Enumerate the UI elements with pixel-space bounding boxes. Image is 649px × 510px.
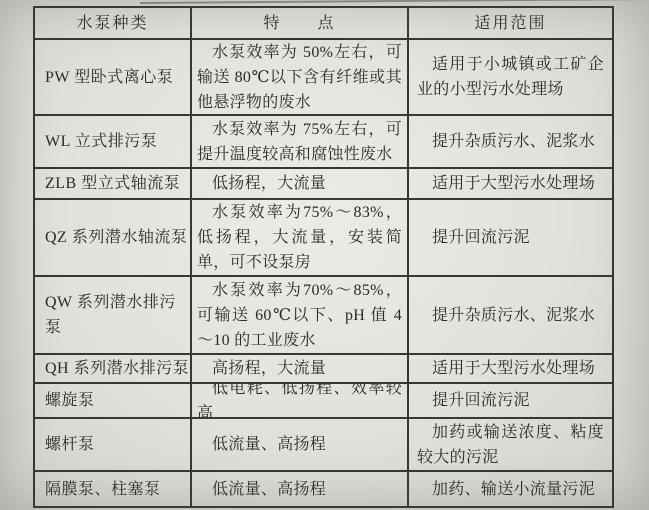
pump-type-cell: 螺杆泵: [35, 432, 190, 457]
header-pump-type-label: 水泵种类: [35, 11, 190, 36]
table-row-diaphragm-type: 隔膜泵、柱塞泵: [35, 472, 192, 506]
table-row-screw-range: 加药或输送浓度、粘度较大的污泥: [409, 419, 612, 472]
range-cell: 适用于小城镇或工矿企业的小型污水处理场: [409, 52, 612, 102]
table-row-qh-type: QH 系列潜水排污泵: [35, 355, 192, 384]
features-cell: 低流量、高扬程: [192, 477, 407, 502]
pump-type-cell: 隔膜泵、柱塞泵: [35, 477, 190, 502]
range-cell: 适用于大型污水处理场: [409, 356, 612, 381]
pump-type-cell: QZ 系列潜水轴流泵: [35, 225, 190, 250]
header-features-label: 特 点: [192, 11, 407, 36]
features-cell: 水泵效率为 75%左右，可提升温度较高和腐蚀性废水: [192, 117, 407, 167]
table-row-zlb-type: ZLB 型立式轴流泵: [35, 169, 192, 200]
features-cell: 低电耗、低扬程、效率较高: [192, 384, 407, 419]
table-row-spiral-features: 低电耗、低扬程、效率较高: [192, 384, 409, 419]
range-cell: 提升杂质污水、泥浆水: [409, 303, 612, 328]
header-pump-type: 水泵种类: [35, 8, 192, 40]
table-row-qh-features: 高扬程，大流量: [192, 355, 409, 384]
table-row-qw-features: 水泵效率为70%～85%，可输送 60℃以下、pH 值 4～10 的工业废水: [192, 277, 409, 355]
range-cell: 提升杂质污水、泥浆水: [409, 129, 612, 154]
header-applicable-range: 适用范围: [409, 8, 612, 40]
features-cell: 水泵效率为75%～83%，低扬程，大流量，安装简单，可不设泵房: [192, 200, 407, 275]
table-row-zlb-range: 适用于大型污水处理场: [409, 169, 612, 200]
pump-types-table: 水泵种类 特 点 适用范围 PW 型卧式离心泵 水泵效率为 50%左右，可输送 …: [33, 6, 614, 508]
features-cell: 水泵效率为 50%左右，可输送 80℃以下含有纤维或其他悬浮物的废水: [192, 40, 407, 115]
scanned-page: 水泵种类 特 点 适用范围 PW 型卧式离心泵 水泵效率为 50%左右，可输送 …: [0, 0, 649, 510]
table-row-qh-range: 适用于大型污水处理场: [409, 355, 612, 384]
pump-type-cell: ZLB 型立式轴流泵: [35, 171, 190, 196]
header-features: 特 点: [192, 8, 409, 40]
table-row-pw-type: PW 型卧式离心泵: [35, 40, 192, 116]
header-applicable-range-label: 适用范围: [409, 11, 612, 36]
pump-type-cell: 螺旋泵: [35, 388, 190, 413]
features-cell: 低扬程，大流量: [192, 171, 407, 196]
pump-type-cell: QW 系列潜水排污泵: [35, 290, 190, 340]
range-cell: 加药、输送小流量污泥: [409, 477, 612, 502]
table-row-qw-range: 提升杂质污水、泥浆水: [409, 277, 612, 355]
range-cell: 提升回流污泥: [409, 225, 612, 250]
scan-warp-line: [140, 0, 649, 4]
table-row-screw-features: 低流量、高扬程: [192, 419, 409, 472]
pump-type-cell: PW 型卧式离心泵: [35, 65, 190, 90]
table-row-qz-range: 提升回流污泥: [409, 200, 612, 277]
features-cell: 低流量、高扬程: [192, 432, 407, 457]
pump-type-cell: WL 立式排污泵: [35, 129, 190, 154]
table-row-wl-type: WL 立式排污泵: [35, 116, 192, 169]
table-row-diaphragm-range: 加药、输送小流量污泥: [409, 472, 612, 506]
range-cell: 提升回流污泥: [409, 388, 612, 413]
table-row-spiral-type: 螺旋泵: [35, 384, 192, 419]
table-row-spiral-range: 提升回流污泥: [409, 384, 612, 419]
table-row-wl-range: 提升杂质污水、泥浆水: [409, 116, 612, 169]
table-row-zlb-features: 低扬程，大流量: [192, 169, 409, 200]
features-cell: 水泵效率为70%～85%，可输送 60℃以下、pH 值 4～10 的工业废水: [192, 278, 407, 353]
features-cell: 高扬程，大流量: [192, 356, 407, 381]
table-row-screw-type: 螺杆泵: [35, 419, 192, 472]
table-row-pw-features: 水泵效率为 50%左右，可输送 80℃以下含有纤维或其他悬浮物的废水: [192, 40, 409, 116]
table-row-wl-features: 水泵效率为 75%左右，可提升温度较高和腐蚀性废水: [192, 116, 409, 169]
pump-type-cell: QH 系列潜水排污泵: [35, 356, 190, 381]
table-row-qz-type: QZ 系列潜水轴流泵: [35, 200, 192, 277]
table-row-qz-features: 水泵效率为75%～83%，低扬程，大流量，安装简单，可不设泵房: [192, 200, 409, 277]
range-cell: 加药或输送浓度、粘度较大的污泥: [409, 420, 612, 470]
table-row-diaphragm-features: 低流量、高扬程: [192, 472, 409, 506]
table-row-qw-type: QW 系列潜水排污泵: [35, 277, 192, 355]
table-row-pw-range: 适用于小城镇或工矿企业的小型污水处理场: [409, 40, 612, 116]
range-cell: 适用于大型污水处理场: [409, 171, 612, 196]
